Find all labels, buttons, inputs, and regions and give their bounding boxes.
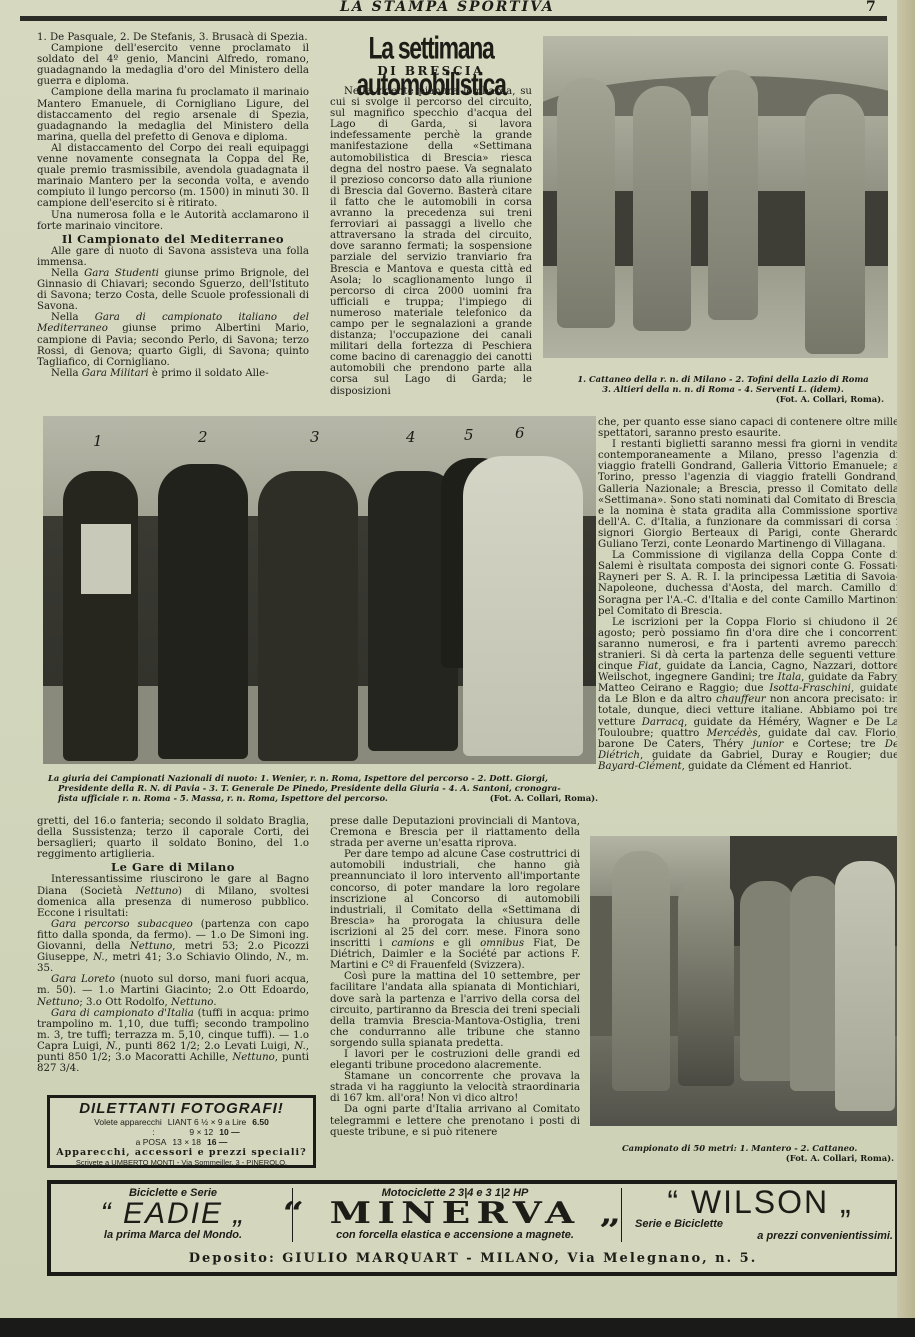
section-heading-mediterraneo: Il Campionato del Mediterraneo <box>37 234 309 245</box>
crowd-paragraph: Una numerosa folla e le Autorità acclama… <box>37 210 309 232</box>
jury-member-1 <box>63 471 138 761</box>
column-3: che, per quanto esse siano capaci di con… <box>598 417 899 772</box>
newspaper-page: LA STAMPA SPORTIVA 7 1. De Pasquale, 2. … <box>0 0 915 1337</box>
coppa-del-re-paragraph: Al distaccamento del Corpo dei reali equ… <box>37 143 309 210</box>
jury-member-2 <box>158 464 248 759</box>
ad-divider <box>621 1188 622 1242</box>
column-2-top: Nella ridente pianura lombarda, su cui s… <box>330 86 532 397</box>
results-paragraph: 1. De Pasquale, 2. De Stefanis, 3. Brusa… <box>37 32 309 43</box>
label-1: 1 <box>93 432 103 450</box>
ad-wilson: “ WILSON „ Serie e Biciclette a prezzi c… <box>625 1184 895 1244</box>
fifty-meters-caption: Campionato di 50 metri: 1. Mantero - 2. … <box>600 1143 900 1163</box>
label-6: 6 <box>515 424 525 442</box>
swimmer-4 <box>805 94 865 354</box>
special-trains-paragraph: Così pure la mattina del 10 settembre, p… <box>330 971 580 1049</box>
scan-border <box>0 1318 915 1337</box>
ad-minerva: Motociclette 2 3|4 e 3 1|2 HP “ MINERVA … <box>295 1184 615 1244</box>
milano-intro-paragraph: Interessantissime riuscirono le gare al … <box>37 874 309 918</box>
ad-depot-address: Deposito: GIULIO MARQUART - MILANO, Via … <box>51 1251 895 1266</box>
article-subheadline: DI BRESCIA <box>327 64 535 78</box>
column-1-top: 1. De Pasquale, 2. De Stefanis, 3. Brusa… <box>37 32 309 379</box>
swimmer-2 <box>633 86 691 331</box>
navy-champion-paragraph: Campione della marina fu proclamato il m… <box>37 87 309 142</box>
tribune-works-paragraph: I lavori per le costruzioni delle grandi… <box>330 1049 580 1071</box>
telegrams-paragraph: Da ogni parte d'Italia arrivano al Comit… <box>330 1104 580 1137</box>
subacqueo-paragraph: Gara percorso subacqueo (partenza con ca… <box>37 919 309 974</box>
swimmer-cattaneo <box>678 876 734 1086</box>
jury-member-3 <box>258 471 358 761</box>
coppa-florio-paragraph: Le iscrizioni per la Coppa Florio si chi… <box>598 617 899 772</box>
jury-caption: La giuria dei Campionati Nazionali di nu… <box>48 773 598 803</box>
ad-dilettanti-fotografi: DILETTANTI FOTOGRAFI! Volete apparecchi … <box>47 1095 316 1168</box>
page-number: 7 <box>866 0 878 15</box>
section-heading-milano: Le Gare di Milano <box>37 862 309 873</box>
photo-fifty-meters <box>590 836 898 1126</box>
label-3: 3 <box>310 428 320 446</box>
tribune-paragraph: che, per quanto esse siano capaci di con… <box>598 417 899 439</box>
publication-title: LA STAMPA SPORTIVA <box>340 0 555 15</box>
wilson-brand: “ WILSON „ <box>625 1186 895 1218</box>
label-2: 2 <box>198 428 208 446</box>
commission-paragraph: La Commissione di vigilanza della Coppa … <box>598 550 899 617</box>
column-1-bottom: gretti, del 16.o fanteria; secondo il so… <box>37 816 309 1074</box>
page-edge <box>897 0 915 1318</box>
column-2-bottom: prese dalle Deputazioni provinciali di M… <box>330 816 580 1138</box>
ad-foto-title: DILETTANTI FOTOGRAFI! <box>50 1100 313 1117</box>
article-intro-paragraph: Nella ridente pianura lombarda, su cui s… <box>330 86 532 397</box>
industrial-vehicles-paragraph: Per dare tempo ad alcune Case costruttri… <box>330 849 580 971</box>
speed-record-paragraph: Stamane un concorrente che provava la st… <box>330 1071 580 1104</box>
gara-militari-paragraph: Nella Gara Militari è primo il soldato A… <box>37 368 309 379</box>
label-5: 5 <box>464 426 474 444</box>
photo-swimmers <box>543 36 888 358</box>
swimmer-1 <box>557 78 615 328</box>
army-champion-paragraph: Campione dell'esercito venne proclamato … <box>37 43 309 87</box>
savona-paragraph: Alle gare di nuoto di Savona assisteva u… <box>37 246 309 268</box>
gara-studenti-paragraph: Nella Gara Studenti giunse primo Brignol… <box>37 268 309 312</box>
tickets-paragraph: I restanti biglietti saranno messi fra g… <box>598 439 899 550</box>
running-head: LA STAMPA SPORTIVA 7 <box>0 0 915 16</box>
militari-results-paragraph: gretti, del 16.o fanteria; secondo il so… <box>37 816 309 860</box>
swimmer-mantero <box>612 851 670 1091</box>
swimmers-caption: 1. Cattaneo della r. n. di Milano - 2. T… <box>558 374 888 404</box>
loreto-paragraph: Gara Loreto (nuoto sul dorso, mani fuori… <box>37 974 309 1007</box>
minerva-brand: “ MINERVA „ <box>255 1199 655 1229</box>
label-4: 4 <box>406 428 416 446</box>
photo-jury: 1 2 3 4 5 6 <box>43 416 596 764</box>
header-rule <box>20 16 887 21</box>
swimmer-3 <box>708 70 758 320</box>
ad-bicycles-motorcycles: Biciclette e Serie “ EADIE „ la prima Ma… <box>47 1180 899 1276</box>
deputazioni-paragraph: prese dalle Deputazioni provinciali di M… <box>330 816 580 849</box>
jury-member-6 <box>463 456 583 756</box>
tuffi-paragraph: Gara di campionato d'Italia (tuffi in ac… <box>37 1008 309 1075</box>
gara-mediterraneo-paragraph: Nella Gara di campionato italiano del Me… <box>37 312 309 367</box>
